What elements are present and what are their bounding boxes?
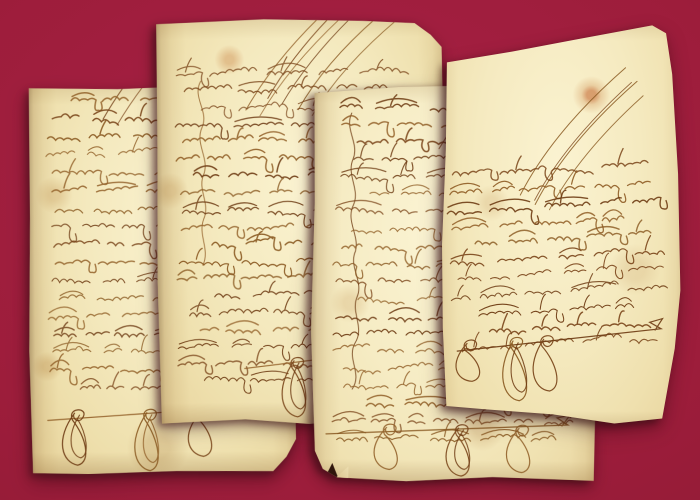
manuscript-page-right-front bbox=[430, 20, 686, 436]
handwriting-ink bbox=[430, 20, 686, 436]
parchment-sheet bbox=[430, 20, 686, 436]
manuscript-collage-canvas bbox=[0, 0, 700, 500]
